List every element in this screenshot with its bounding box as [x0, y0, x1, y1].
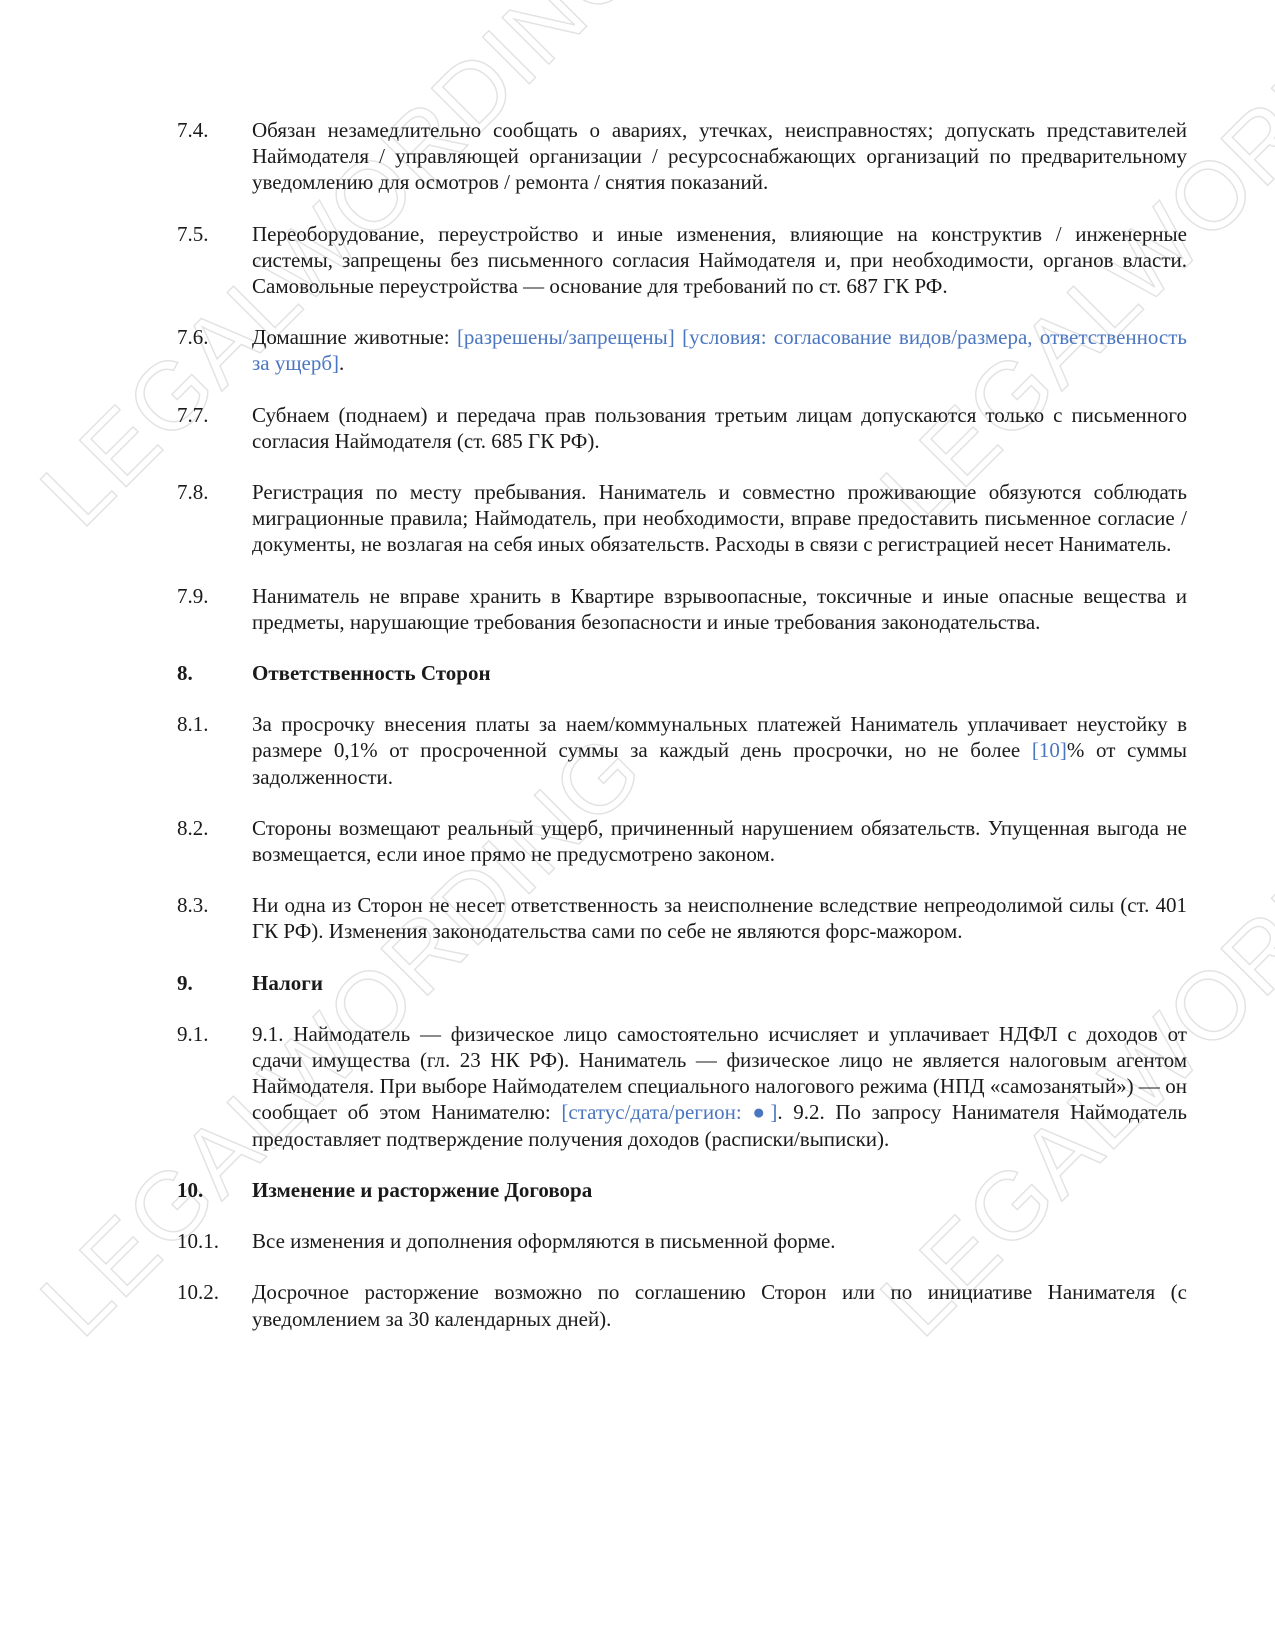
text-segment: Обязан незамедлительно сообщать о авария… — [252, 118, 1187, 194]
clause-number: 7.6. — [177, 324, 252, 376]
text-segment: Домашние животные: — [252, 325, 457, 349]
clause: 10.2.Досрочное расторжение возможно по с… — [177, 1279, 1187, 1331]
clause: 7.7.Субнаем (поднаем) и передача прав по… — [177, 402, 1187, 454]
text-segment: Все изменения и дополнения оформляются в… — [252, 1229, 836, 1253]
section-title: Налоги — [252, 970, 1187, 996]
clause-number: 8. — [177, 660, 252, 686]
clause-text: 9.1. Наймодатель — физическое лицо самос… — [252, 1021, 1187, 1152]
clause-text: Обязан незамедлительно сообщать о авария… — [252, 117, 1187, 196]
clause: 8.1.За просрочку внесения платы за наем/… — [177, 711, 1187, 790]
clause-number: 9. — [177, 970, 252, 996]
clause: 8.3.Ни одна из Сторон не несет ответстве… — [177, 892, 1187, 944]
text-segment: Регистрация по месту пребывания. Нанимат… — [252, 480, 1187, 556]
clause-text: Домашние животные: [разрешены/запрещены]… — [252, 324, 1187, 376]
clause: 9.1.9.1. Наймодатель — физическое лицо с… — [177, 1021, 1187, 1152]
clause: 7.5.Переоборудование, переустройство и и… — [177, 221, 1187, 300]
clause-number: 7.4. — [177, 117, 252, 196]
clause: 7.6.Домашние животные: [разрешены/запрещ… — [177, 324, 1187, 376]
clause-number: 8.2. — [177, 815, 252, 867]
text-segment: Стороны возмещают реальный ущерб, причин… — [252, 816, 1187, 866]
clause-text: Переоборудование, переустройство и иные … — [252, 221, 1187, 300]
clause-number: 10.1. — [177, 1228, 252, 1254]
clause-text: За просрочку внесения платы за наем/комм… — [252, 711, 1187, 790]
clause-text: Ни одна из Сторон не несет ответственнос… — [252, 892, 1187, 944]
clause: 10.1.Все изменения и дополнения оформляю… — [177, 1228, 1187, 1254]
clause-text: Досрочное расторжение возможно по соглаш… — [252, 1279, 1187, 1331]
clause: 7.4.Обязан незамедлительно сообщать о ав… — [177, 117, 1187, 196]
clause-text: Регистрация по месту пребывания. Нанимат… — [252, 479, 1187, 558]
clause: 8.2.Стороны возмещают реальный ущерб, пр… — [177, 815, 1187, 867]
section-heading: 10.Изменение и расторжение Договора — [177, 1177, 1187, 1203]
clause-number: 8.3. — [177, 892, 252, 944]
section-title: Ответственность Сторон — [252, 660, 1187, 686]
clause-number: 7.9. — [177, 583, 252, 635]
text-segment: Налоги — [252, 971, 323, 995]
text-segment: Ответственность Сторон — [252, 661, 491, 685]
placeholder-field: [10] — [1032, 738, 1067, 762]
clause-number: 10.2. — [177, 1279, 252, 1331]
text-segment: Наниматель не вправе хранить в Квартире … — [252, 584, 1187, 634]
text-segment: Переоборудование, переустройство и иные … — [252, 222, 1187, 298]
clause-number: 10. — [177, 1177, 252, 1203]
clause-number: 7.8. — [177, 479, 252, 558]
text-segment: Ни одна из Сторон не несет ответственнос… — [252, 893, 1187, 943]
text-segment: . — [339, 351, 344, 375]
clause-number: 8.1. — [177, 711, 252, 790]
clause-text: Субнаем (поднаем) и передача прав пользо… — [252, 402, 1187, 454]
document-page: 7.4.Обязан незамедлительно сообщать о ав… — [177, 117, 1187, 1357]
section-heading: 8.Ответственность Сторон — [177, 660, 1187, 686]
section-title: Изменение и расторжение Договора — [252, 1177, 1187, 1203]
text-segment: Субнаем (поднаем) и передача прав пользо… — [252, 403, 1187, 453]
clause-text: Наниматель не вправе хранить в Квартире … — [252, 583, 1187, 635]
clause: 7.8.Регистрация по месту пребывания. Нан… — [177, 479, 1187, 558]
text-segment: Изменение и расторжение Договора — [252, 1178, 592, 1202]
clause-text: Стороны возмещают реальный ущерб, причин… — [252, 815, 1187, 867]
clause-number: 7.7. — [177, 402, 252, 454]
clause-number: 9.1. — [177, 1021, 252, 1152]
clause-number: 7.5. — [177, 221, 252, 300]
placeholder-field: [статус/дата/регион: ●] — [561, 1100, 777, 1124]
clause-text: Все изменения и дополнения оформляются в… — [252, 1228, 1187, 1254]
text-segment: Досрочное расторжение возможно по соглаш… — [252, 1280, 1187, 1330]
section-heading: 9.Налоги — [177, 970, 1187, 996]
clause: 7.9.Наниматель не вправе хранить в Кварт… — [177, 583, 1187, 635]
